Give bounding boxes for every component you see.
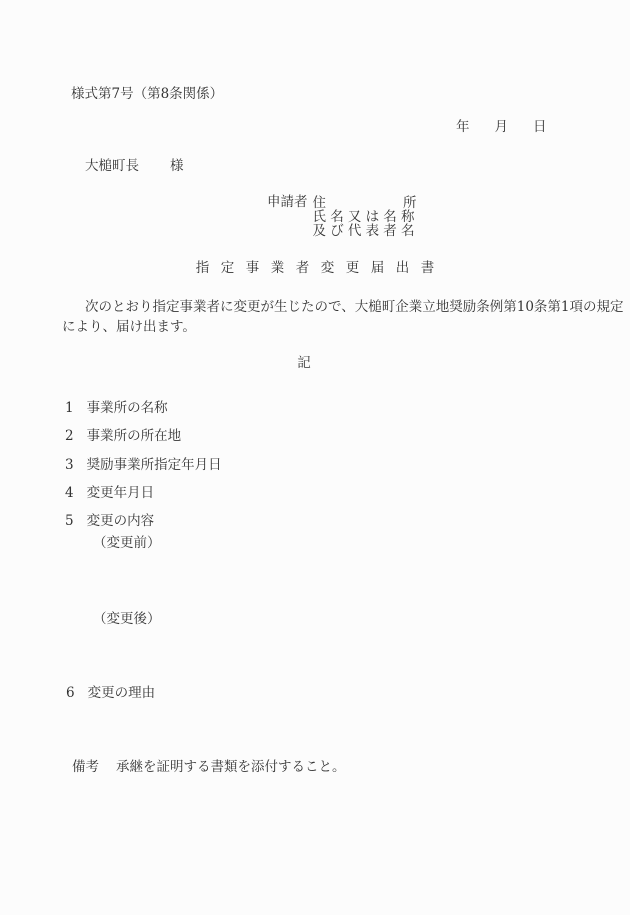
item-number: 4 — [65, 487, 74, 501]
item-label: 変更年月日 — [87, 487, 155, 501]
list-item-5: 5 変更の内容 — [65, 515, 154, 529]
document-title: 指定事業者変更届出書 — [0, 262, 630, 276]
remarks-label: 備考 — [72, 761, 99, 775]
item-number: 1 — [65, 402, 74, 416]
body-paragraph-line-2: により、届け出ます。 — [62, 321, 196, 335]
before-change-label: （変更前） — [93, 537, 161, 551]
day-label: 日 — [533, 121, 547, 135]
record-mark: 記 — [0, 357, 608, 371]
applicant-fields: 住 所 氏名又は名称 及び代表者名 — [313, 196, 417, 238]
year-label: 年 — [456, 121, 470, 135]
address-label-right: 所 — [403, 196, 417, 210]
after-change-label: （変更後） — [93, 613, 161, 627]
addressee-name: 大槌町長 — [85, 160, 139, 174]
list-item-6: 6 変更の理由 — [66, 687, 155, 701]
applicant-address-row: 住 所 — [313, 196, 417, 210]
item-number: 5 — [65, 515, 74, 529]
item-label: 奨励事業所指定年月日 — [87, 459, 222, 473]
list-item-2: 2 事業所の所在地 — [65, 430, 181, 444]
item-label: 事業所の名称 — [87, 402, 168, 416]
remarks-text: 承継を証明する書類を添付すること。 — [116, 761, 346, 775]
applicant-label: 申請者 — [267, 196, 308, 210]
item-number: 3 — [65, 459, 74, 473]
form-number: 様式第7号（第8条関係） — [71, 88, 223, 102]
remarks-line: 備考 承継を証明する書類を添付すること。 — [72, 761, 346, 775]
date-line: 年 月 日 — [456, 121, 547, 135]
list-item-3: 3 奨励事業所指定年月日 — [65, 459, 222, 473]
item-label: 事業所の所在地 — [87, 430, 182, 444]
document-page: 様式第7号（第8条関係） 年 月 日 大槌町長 様 申請者 住 所 氏名又は名称… — [0, 0, 630, 915]
applicant-name-row: 氏名又は名称 — [313, 210, 417, 224]
item-label: 変更の内容 — [87, 515, 155, 529]
item-number: 6 — [66, 687, 75, 701]
body-paragraph-line-1: 次のとおり指定事業者に変更が生じたので、大槌町企業立地奨励条例第10条第1項の規… — [85, 301, 624, 315]
list-item-1: 1 事業所の名称 — [65, 402, 168, 416]
item-number: 2 — [65, 430, 74, 444]
applicant-block: 申請者 住 所 氏名又は名称 及び代表者名 — [267, 196, 417, 238]
list-item-4: 4 変更年月日 — [65, 487, 154, 501]
applicant-representative-row: 及び代表者名 — [313, 224, 417, 238]
address-label-left: 住 — [313, 196, 327, 210]
item-label: 変更の理由 — [88, 687, 156, 701]
addressee-line: 大槌町長 様 — [85, 160, 184, 174]
addressee-honorific: 様 — [170, 160, 184, 174]
month-label: 月 — [495, 121, 509, 135]
